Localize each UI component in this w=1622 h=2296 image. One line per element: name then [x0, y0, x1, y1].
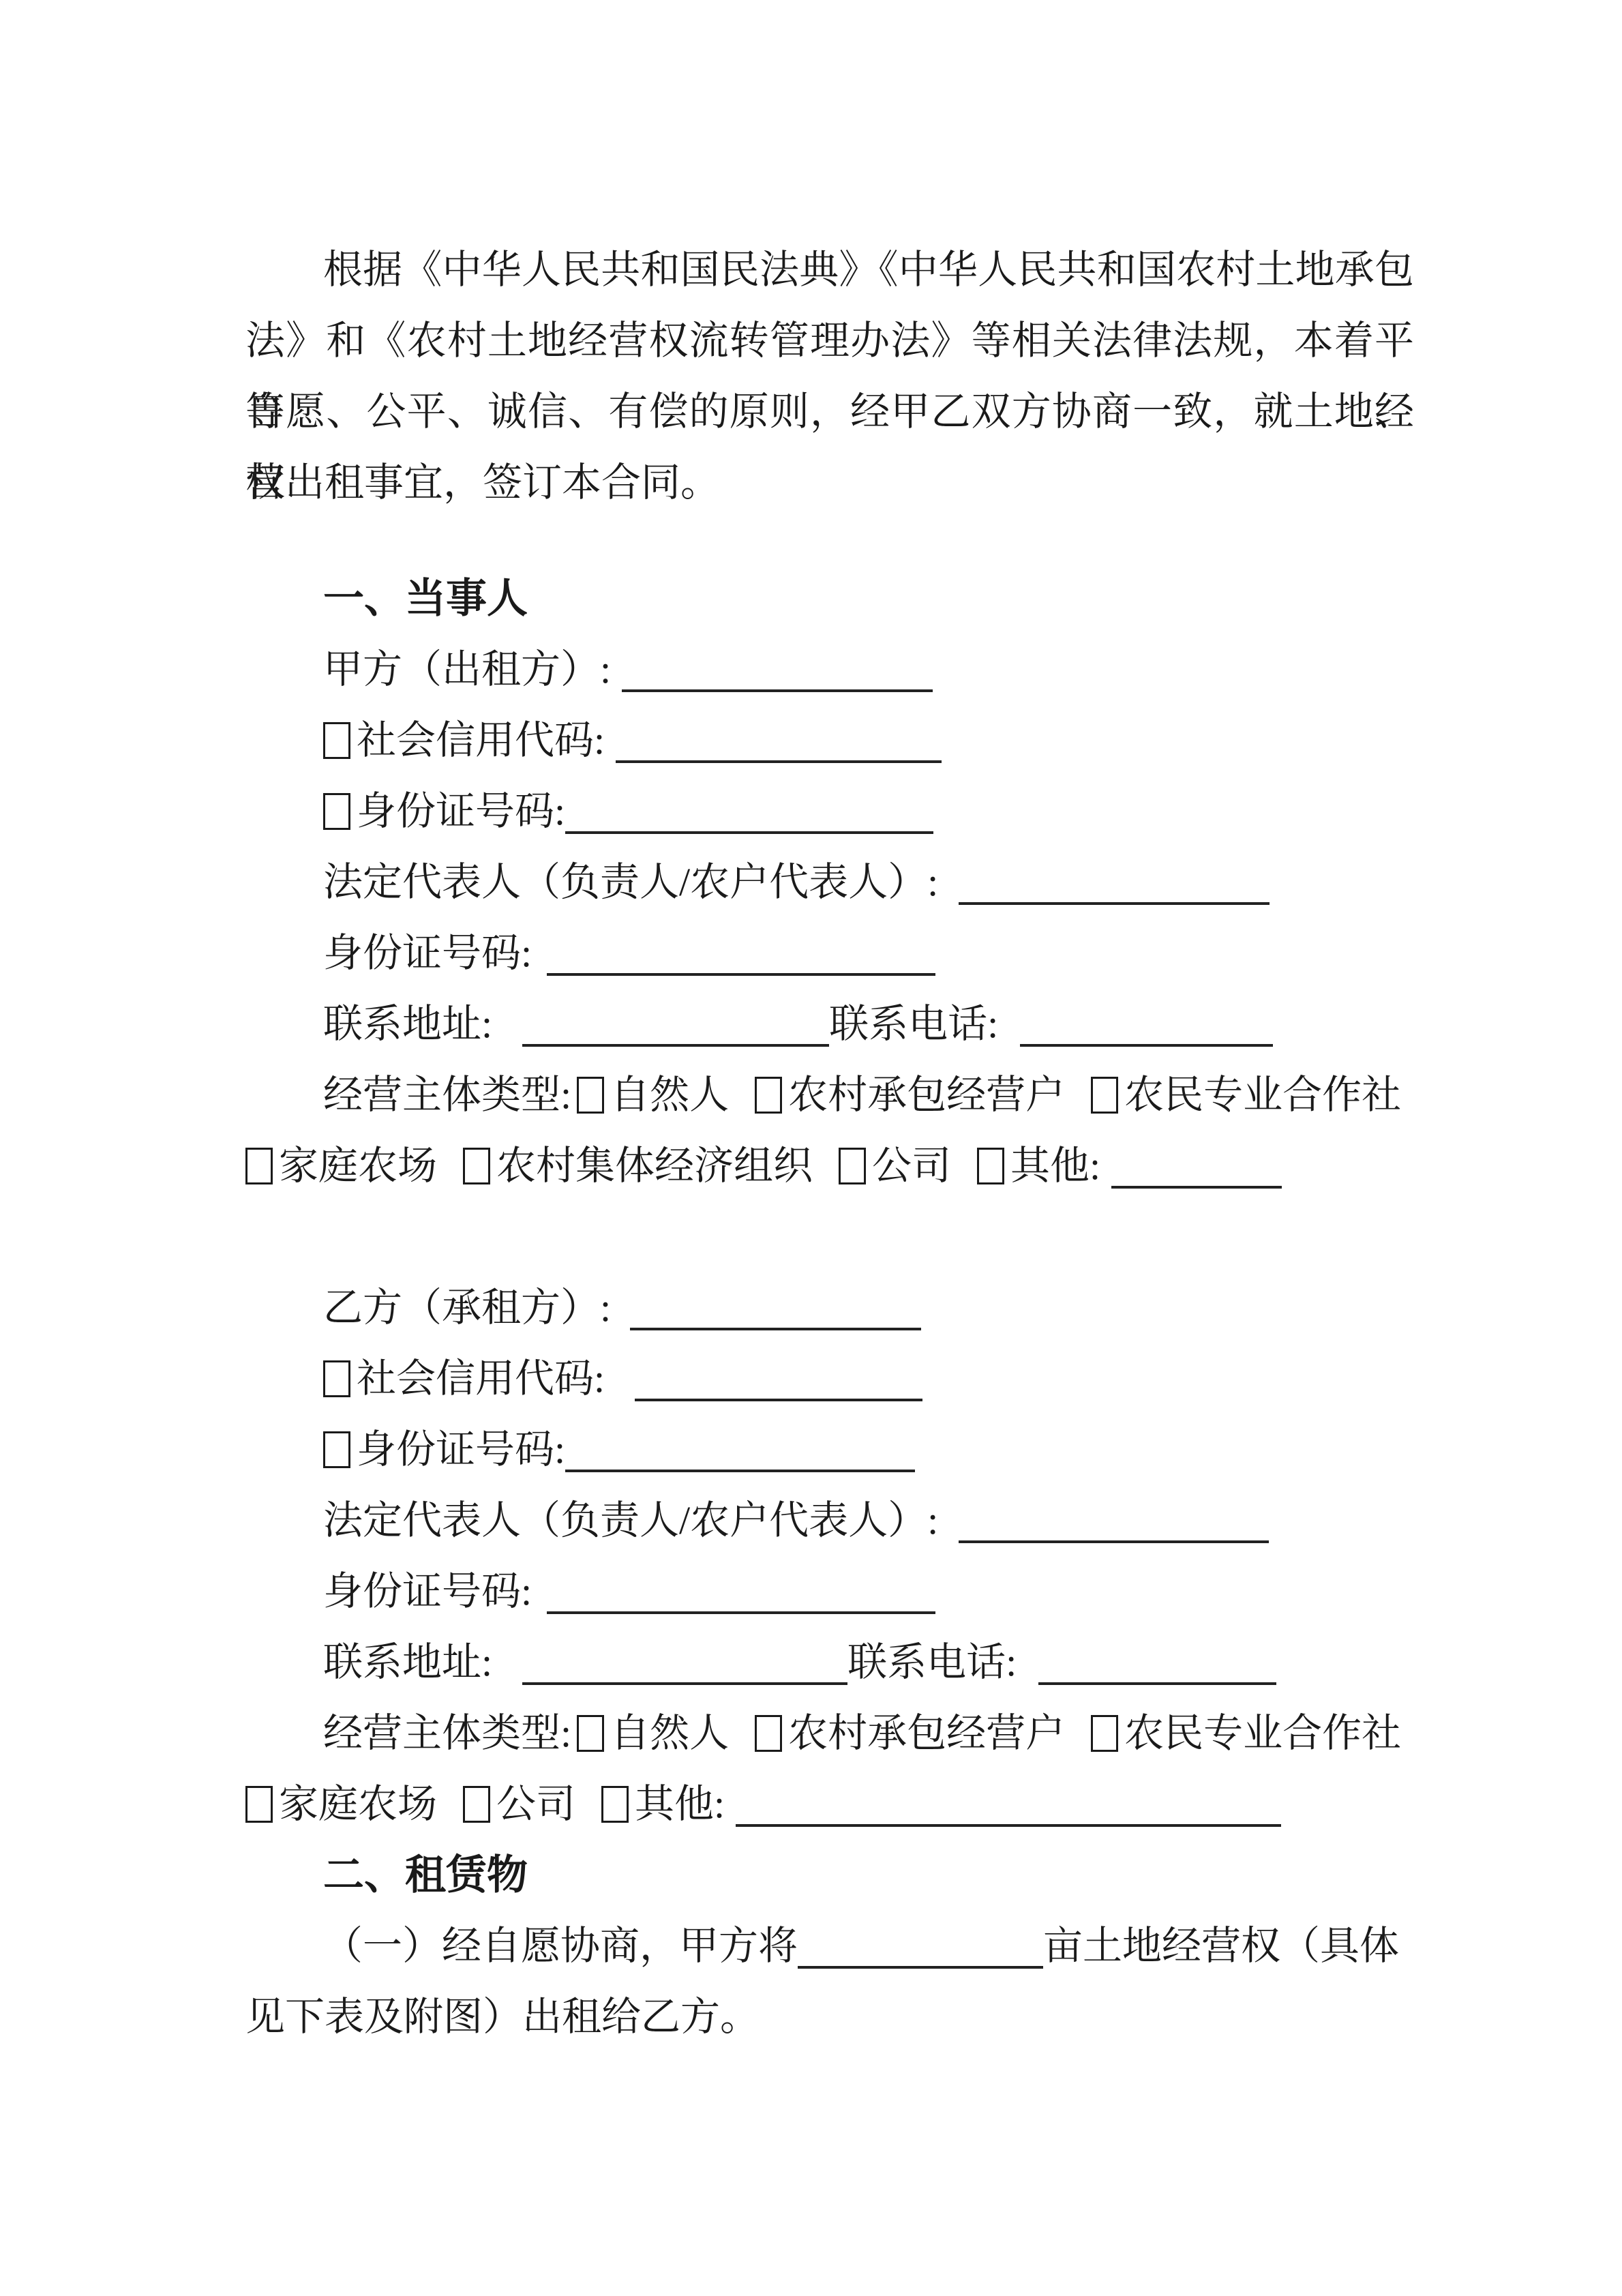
party-a-address-blank[interactable] [522, 1032, 829, 1047]
field-line-party-a-credit-code: 社会信用代码: [245, 705, 1414, 776]
party-b-address-label: 联系地址: [323, 1640, 492, 1684]
entity-type-line-party-b: 经营主体类型:自然人农村承包经营户农民专业合作社 [245, 1698, 1414, 1769]
field-line-party-a-contact: 联系地址:联系电话: [245, 989, 1414, 1060]
document-page: 根据《中华人民共和国民法典》《中华人民共和国农村土地承包 法》和《农村土地经营权… [0, 0, 1622, 2296]
entity-option-label: 家庭农场 [279, 1782, 437, 1826]
party-b-id-label: 身份证号码: [357, 1427, 565, 1472]
entity-option-label: 公司 [496, 1782, 575, 1826]
party-a-other-label: 其他: [1010, 1144, 1100, 1188]
entity-type-line-party-a: 经营主体类型:自然人农村承包经营户农民专业合作社 [245, 1060, 1414, 1131]
checkbox-icon[interactable] [463, 1148, 490, 1184]
party-b-phone-blank[interactable] [1038, 1670, 1276, 1685]
field-line-party-b-rep-id: 身份证号码: [245, 1556, 1414, 1627]
entity-option-label: 农民专业合作社 [1124, 1073, 1401, 1117]
clause-line-1: （一）经自愿协商，甲方将亩土地经营权（具体 [245, 1911, 1414, 1982]
party-b-rep-id-blank[interactable] [547, 1599, 935, 1614]
party-a-phone-blank[interactable] [1020, 1032, 1273, 1047]
entity-option: 农民专业合作社 [1091, 1073, 1401, 1117]
checkbox-icon[interactable] [755, 1715, 782, 1752]
checkbox-icon[interactable] [463, 1786, 490, 1823]
party-b-legal-rep-blank[interactable] [959, 1528, 1269, 1543]
entity-option-label: 自然人 [610, 1711, 729, 1755]
entity-option: 公司 [463, 1782, 575, 1826]
checkbox-icon[interactable] [1091, 1077, 1118, 1114]
party-a-rep-id-blank[interactable] [547, 961, 935, 976]
entity-option-other: 其他: [977, 1144, 1100, 1188]
field-line-party-b-name: 乙方（承租方）: [245, 1272, 1414, 1343]
intro-line-3: 自愿、公平、诚信、有偿的原则，经甲乙双方协商一致，就土地经营 [245, 376, 1414, 447]
entity-option-label: 家庭农场 [279, 1144, 437, 1188]
entity-option: 农民专业合作社 [1091, 1711, 1401, 1755]
party-b-legal-rep-label: 法定代表人（负责人/农户代表人）: [323, 1498, 938, 1542]
checkbox-icon[interactable] [577, 1715, 604, 1752]
entity-option-label: 农村承包经营户 [788, 1711, 1065, 1755]
entity-option: 农村承包经营户 [755, 1711, 1065, 1755]
field-line-party-a-legal-rep: 法定代表人（负责人/农户代表人）: [245, 847, 1414, 918]
party-b-credit-code-blank[interactable] [635, 1386, 922, 1401]
field-line-party-a-name: 甲方（出租方）: [245, 634, 1414, 705]
checkbox-icon[interactable] [977, 1148, 1004, 1184]
entity-option-label: 自然人 [610, 1073, 729, 1117]
party-a-credit-code-label: 社会信用代码: [357, 718, 605, 762]
party-a-id-blank[interactable] [565, 819, 933, 834]
party-a-name-blank[interactable] [622, 677, 933, 692]
clause-text-before-blank: （一）经自愿协商，甲方将 [323, 1924, 798, 1968]
intro-line-4: 权出租事宜，签订本合同。 [245, 447, 1414, 518]
checkbox-icon[interactable] [323, 1360, 350, 1397]
checkbox-icon[interactable] [755, 1077, 782, 1114]
field-line-party-b-legal-rep: 法定代表人（负责人/农户代表人）: [245, 1485, 1414, 1556]
section-heading-text: 二、租赁物 [323, 1852, 528, 1898]
land-area-blank[interactable] [798, 1954, 1043, 1969]
checkbox-icon[interactable] [245, 1786, 273, 1823]
section-heading-parties: 一、当事人 [245, 563, 1414, 634]
party-b-credit-code-label: 社会信用代码: [357, 1356, 605, 1401]
party-b-address-blank[interactable] [522, 1670, 847, 1685]
party-b-entity-type-label: 经营主体类型: [323, 1711, 571, 1755]
intro-text: 权出租事宜，签订本合同。 [245, 460, 720, 505]
field-line-party-b-contact: 联系地址:联系电话: [245, 1627, 1414, 1698]
field-line-party-b-id: 身份证号码: [245, 1414, 1414, 1485]
checkbox-icon[interactable] [601, 1786, 629, 1823]
party-b-phone-label: 联系电话: [847, 1640, 1017, 1684]
checkbox-icon[interactable] [323, 1431, 350, 1468]
field-line-party-a-rep-id: 身份证号码: [245, 918, 1414, 989]
checkbox-icon[interactable] [323, 722, 350, 759]
party-a-id-label: 身份证号码: [357, 789, 565, 833]
party-a-other-blank[interactable] [1111, 1174, 1282, 1189]
section-heading-leased-property: 二、租赁物 [245, 1840, 1414, 1911]
entity-option: 农村集体经济组织 [463, 1144, 813, 1188]
field-line-party-b-credit-code: 社会信用代码: [245, 1343, 1414, 1414]
checkbox-icon[interactable] [245, 1148, 273, 1184]
clause-text-after-blank: 亩土地经营权（具体 [1043, 1924, 1399, 1968]
entity-type-line2-party-a: 家庭农场农村集体经济组织公司其他: [245, 1131, 1414, 1202]
field-line-party-a-id: 身份证号码: [245, 776, 1414, 847]
entity-option: 公司 [839, 1144, 951, 1188]
checkbox-icon[interactable] [577, 1077, 604, 1114]
entity-option-label: 农村承包经营户 [788, 1073, 1065, 1117]
clause-line-2: 见下表及附图）出租给乙方。 [245, 1982, 1414, 2053]
entity-option-other: 其他: [601, 1782, 725, 1826]
intro-text: 根据《中华人民共和国民法典》《中华人民共和国农村土地承包 [323, 248, 1414, 292]
checkbox-icon[interactable] [1091, 1715, 1118, 1752]
entity-option: 农村承包经营户 [755, 1073, 1065, 1117]
entity-option: 家庭农场 [245, 1782, 437, 1826]
checkbox-icon[interactable] [323, 793, 350, 830]
party-a-rep-id-label: 身份证号码: [323, 931, 532, 975]
party-b-other-label: 其他: [635, 1782, 725, 1826]
party-b-name-label: 乙方（承租方）: [323, 1285, 611, 1330]
party-b-id-blank[interactable] [565, 1457, 915, 1472]
party-a-legal-rep-label: 法定代表人（负责人/农户代表人）: [323, 860, 938, 904]
party-a-address-label: 联系地址: [323, 1002, 492, 1046]
intro-line-1: 根据《中华人民共和国民法典》《中华人民共和国农村土地承包 [245, 235, 1414, 305]
entity-option-label: 农村集体经济组织 [496, 1144, 813, 1188]
party-b-other-blank[interactable] [736, 1812, 1281, 1827]
entity-option-label: 农民专业合作社 [1124, 1711, 1401, 1755]
intro-line-2: 法》和《农村土地经营权流转管理办法》等相关法律法规，本着平等、 [245, 305, 1414, 376]
entity-type-line2-party-b: 家庭农场公司其他: [245, 1769, 1414, 1840]
party-a-credit-code-blank[interactable] [616, 748, 942, 763]
party-a-legal-rep-blank[interactable] [959, 890, 1270, 905]
spacer-line [245, 1202, 1414, 1272]
entity-option-label: 公司 [872, 1144, 951, 1188]
party-a-name-label: 甲方（出租方）: [323, 647, 611, 691]
section-heading-text: 一、当事人 [323, 576, 528, 621]
entity-option: 家庭农场 [245, 1144, 437, 1188]
clause-text-continuation: 见下表及附图）出租给乙方。 [245, 1995, 760, 2039]
entity-option: 自然人 [577, 1073, 729, 1117]
party-b-name-blank[interactable] [630, 1315, 921, 1330]
party-a-phone-label: 联系电话: [829, 1002, 998, 1046]
entity-option: 自然人 [577, 1711, 729, 1755]
party-a-entity-type-label: 经营主体类型: [323, 1073, 571, 1117]
party-b-rep-id-label: 身份证号码: [323, 1569, 532, 1613]
checkbox-icon[interactable] [839, 1148, 866, 1184]
